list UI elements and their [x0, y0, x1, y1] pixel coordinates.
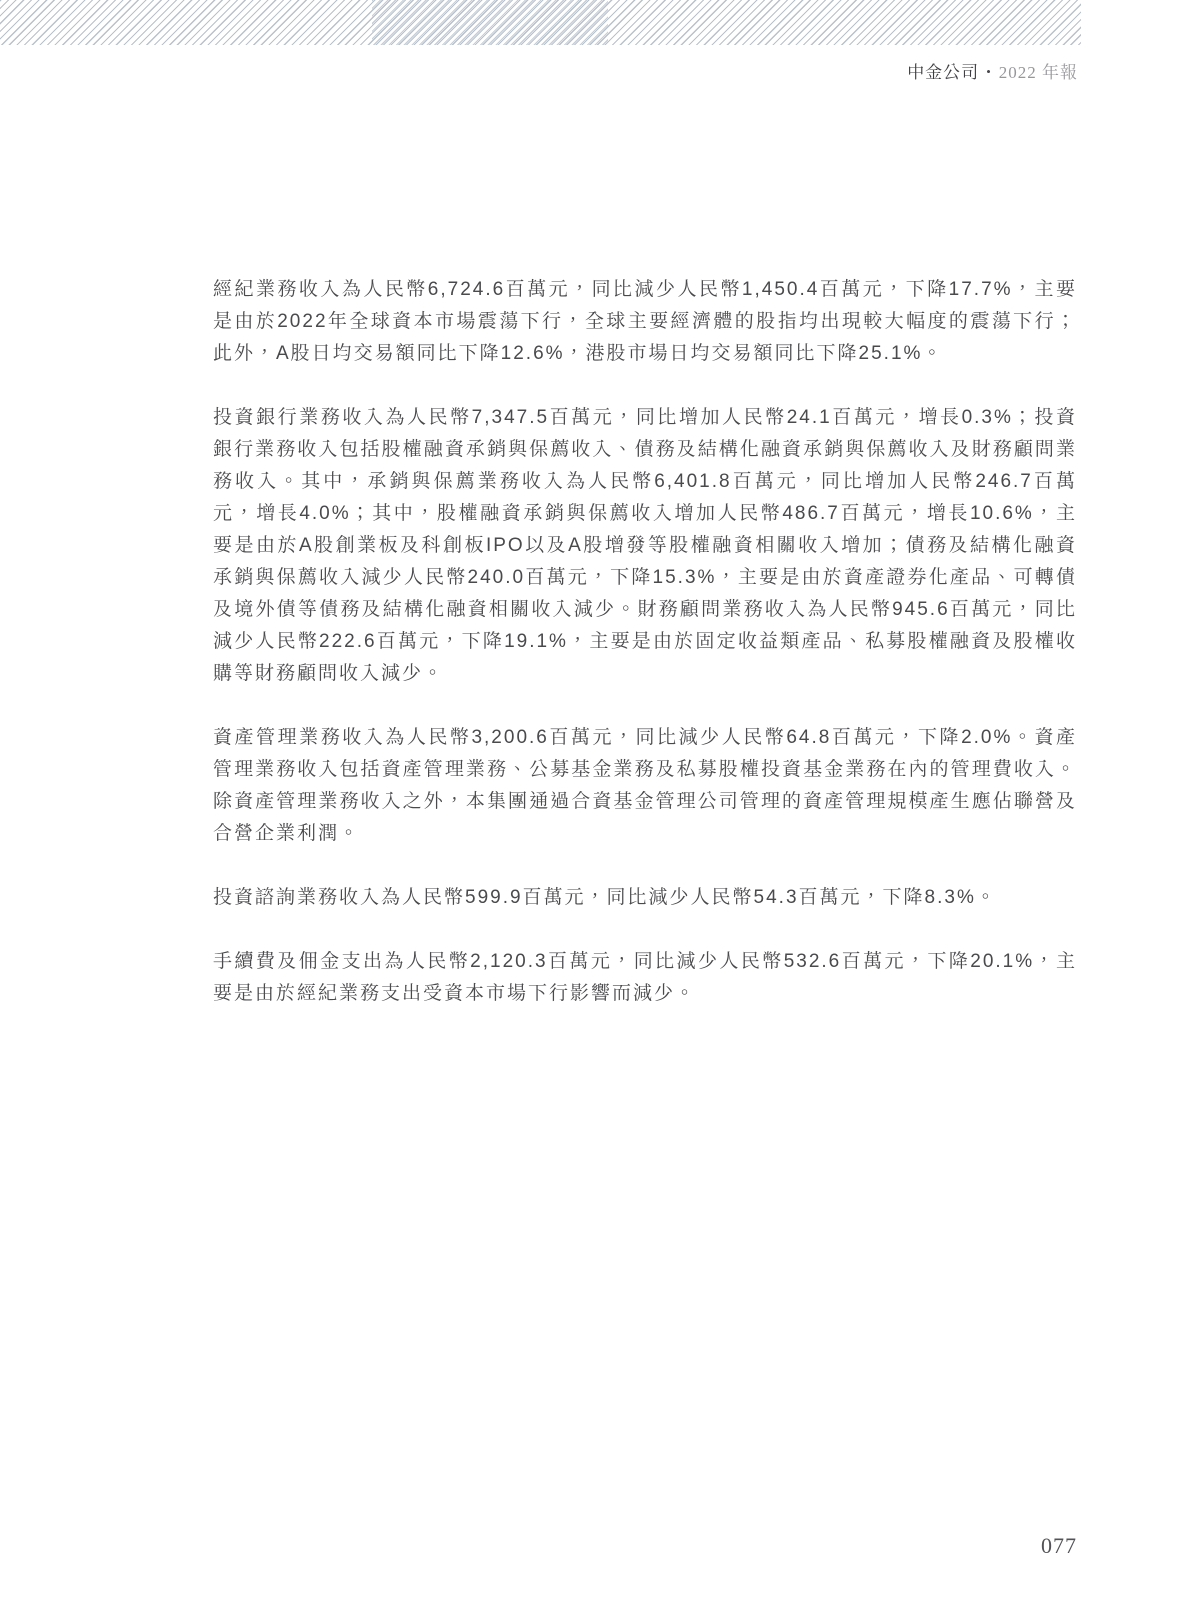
hatch-dense-region	[372, 0, 608, 45]
report-edition: 2022 年報	[999, 63, 1078, 82]
paragraph-investment-banking-revenue: 投資銀行業務收入為人民幣7,347.5百萬元，同比增加人民幣24.1百萬元，增長…	[213, 402, 1077, 690]
running-head: 中金公司•2022 年報	[907, 60, 1078, 85]
bullet-separator-icon: •	[979, 64, 999, 79]
report-body: 經紀業務收入為人民幣6,724.6百萬元，同比減少人民幣1,450.4百萬元，下…	[213, 274, 1077, 1010]
page-number: 077	[1041, 1533, 1077, 1559]
report-page: 中金公司•2022 年報 經紀業務收入為人民幣6,724.6百萬元，同比減少人民…	[0, 0, 1190, 1615]
paragraph-investment-advisory-revenue: 投資諮詢業務收入為人民幣599.9百萬元，同比減少人民幣54.3百萬元，下降8.…	[213, 882, 1077, 914]
paragraph-fee-commission-expense: 手續費及佣金支出為人民幣2,120.3百萬元，同比減少人民幣532.6百萬元，下…	[213, 946, 1077, 1010]
paragraph-asset-management-revenue: 資產管理業務收入為人民幣3,200.6百萬元，同比減少人民幣64.8百萬元，下降…	[213, 722, 1077, 850]
header-hatch-pattern	[0, 0, 1081, 45]
company-name: 中金公司	[907, 63, 979, 82]
paragraph-brokerage-revenue: 經紀業務收入為人民幣6,724.6百萬元，同比減少人民幣1,450.4百萬元，下…	[213, 274, 1077, 370]
